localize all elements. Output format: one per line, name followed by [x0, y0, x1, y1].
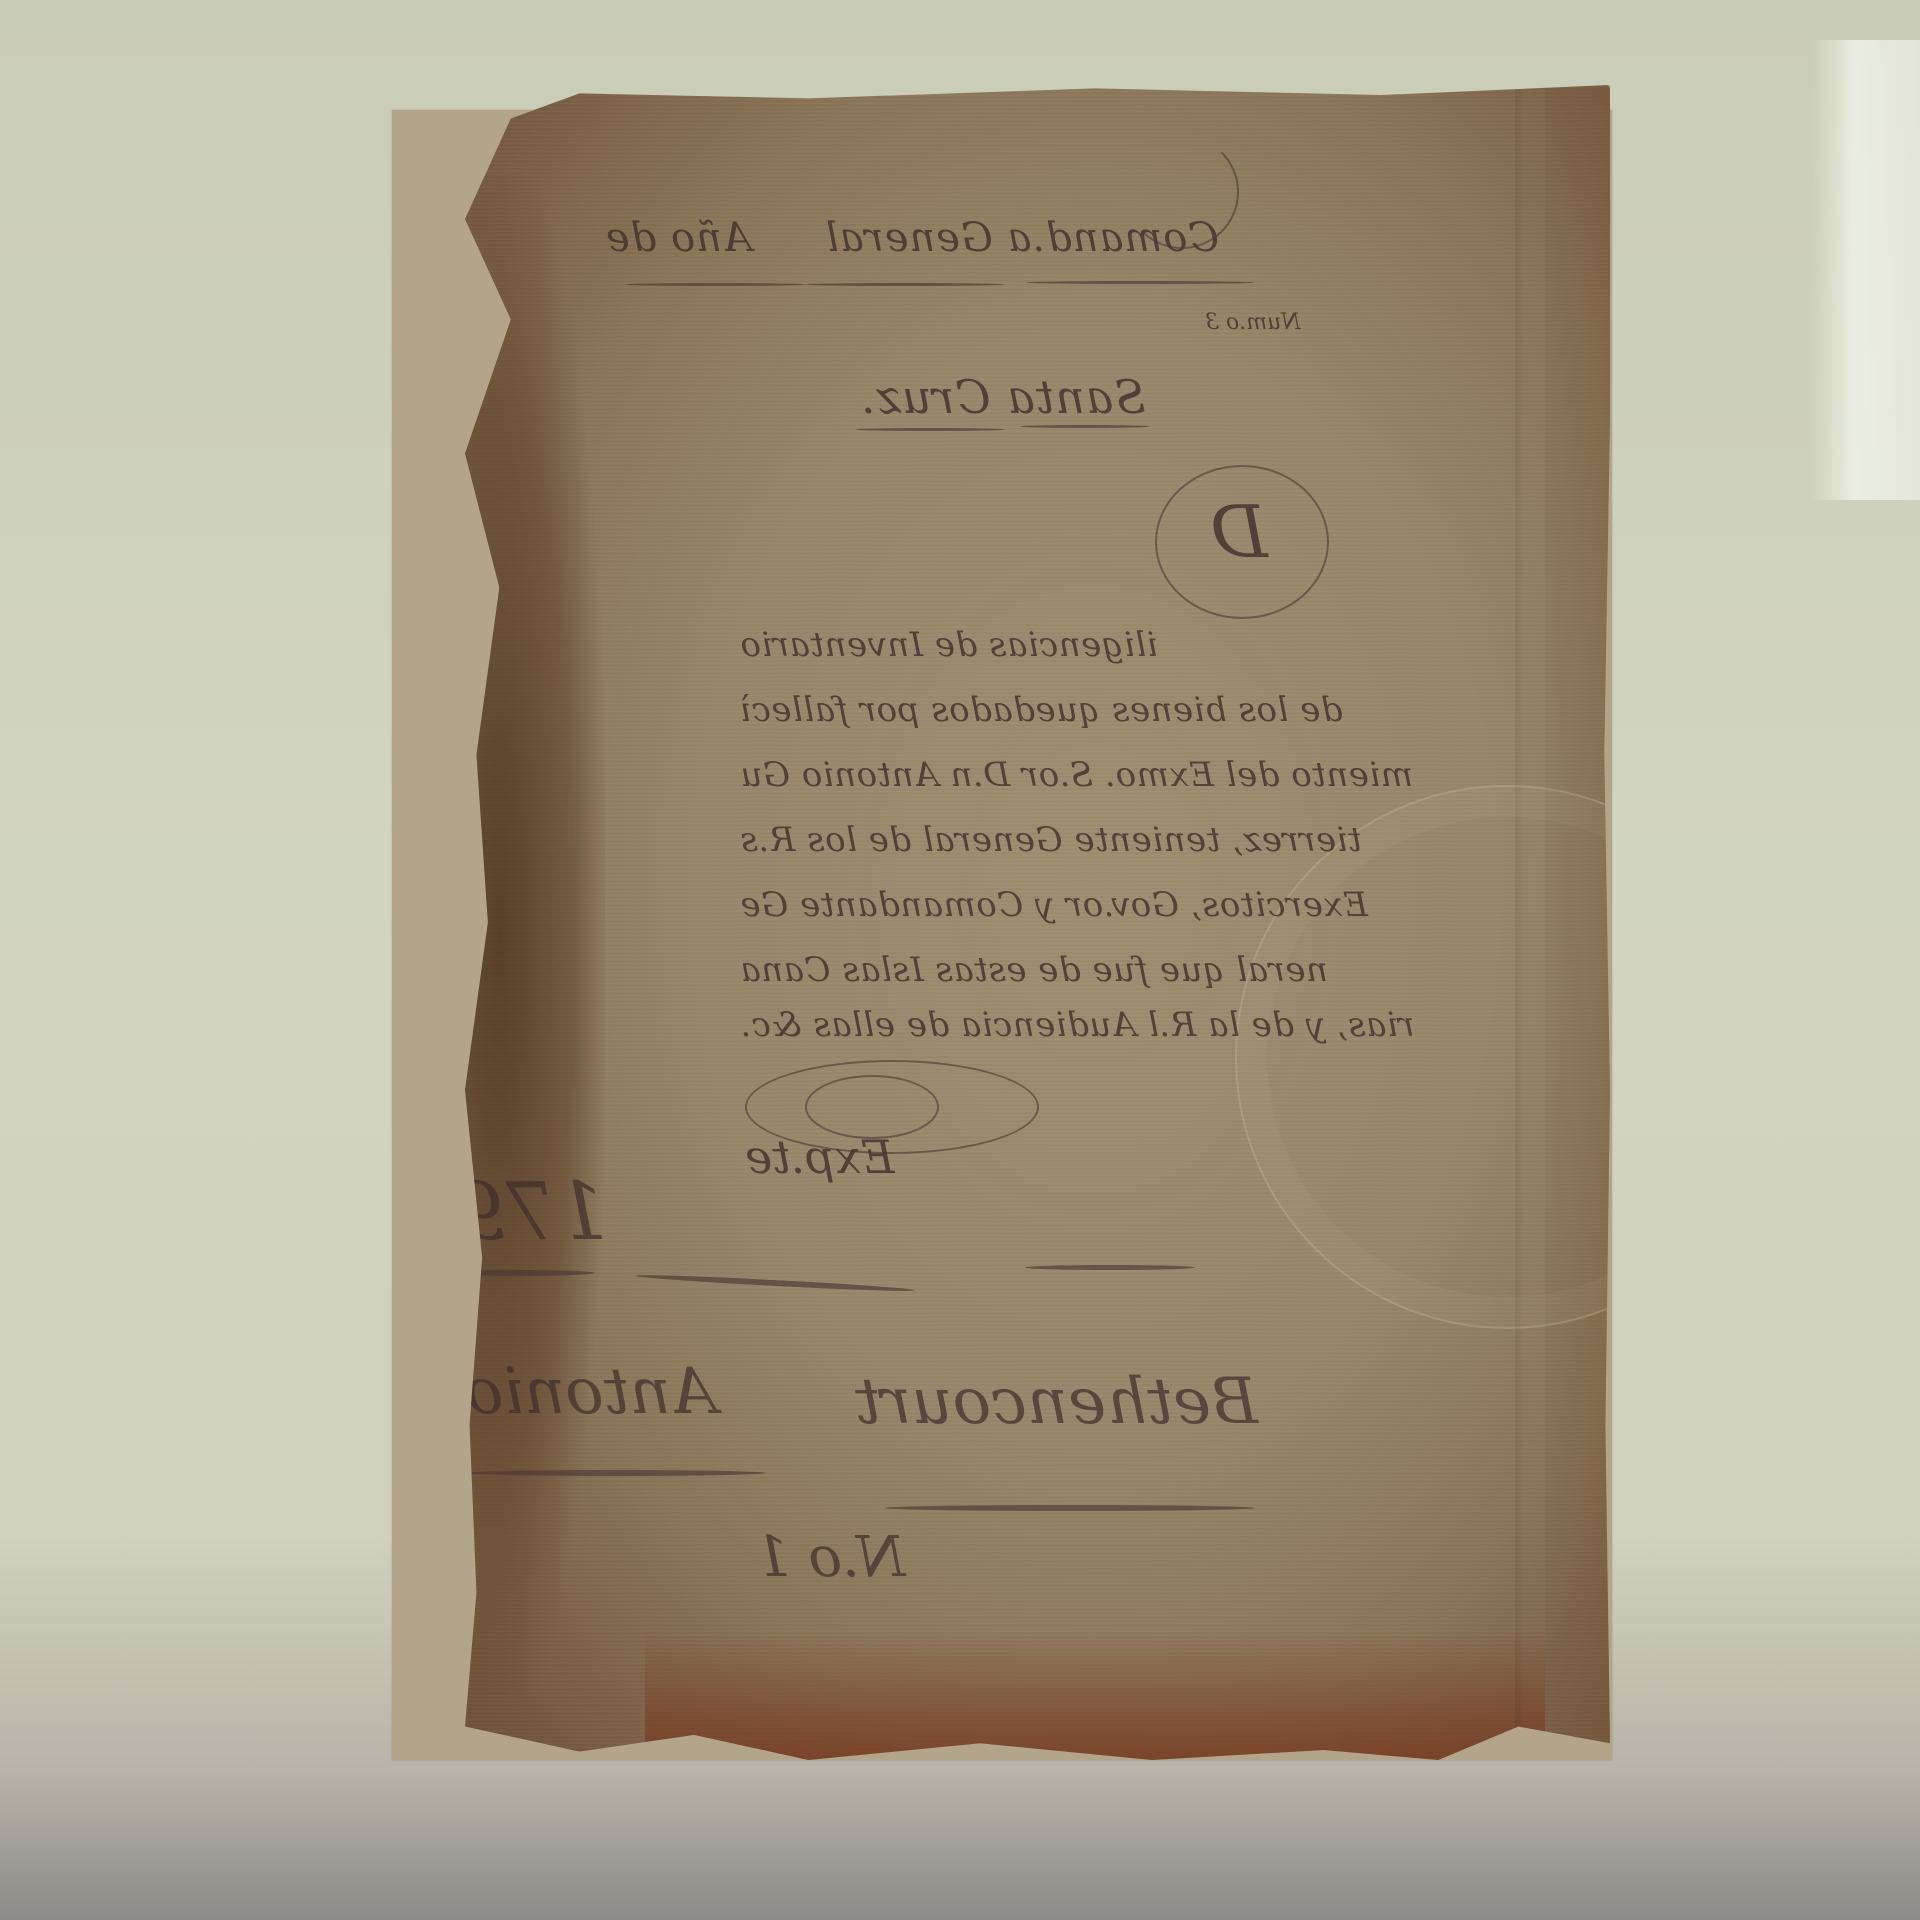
- body-line-1: iligencias de Inventario: [740, 625, 1158, 665]
- margin-number-note: Num.o 3: [1205, 310, 1301, 335]
- place-underline-b: [1020, 425, 1150, 428]
- body-line-5: Exercitos, Gov.or y Comandante Ge: [740, 885, 1368, 925]
- header-year-label: Año de: [605, 215, 752, 261]
- initial-letter: D: [1210, 490, 1268, 574]
- place-title: Santa Cruz.: [860, 370, 1146, 424]
- document-number: N.o 1: [755, 1525, 905, 1590]
- body-line-3: miento del Exmo. S.or D.n Antonio Gu: [740, 755, 1413, 795]
- body-line-4: tierrez, teniente General de los R.s: [740, 820, 1362, 860]
- header-underline-a: [805, 283, 1005, 286]
- body-line-2: de los bienes quedados por fallecì: [740, 690, 1343, 730]
- header-flourish-icon: [1125, 135, 1239, 249]
- signature-right: Bethencourt: [855, 1365, 1258, 1439]
- water-stain-bottom: [645, 1630, 1545, 1760]
- signature-left-underline: [465, 1470, 765, 1476]
- watermark-seal: [1235, 785, 1779, 1329]
- header-underline-b: [1025, 281, 1255, 284]
- right-dash: [1025, 1265, 1195, 1270]
- manuscript-page: Año de Comand.a General Num.o 3 Santa Cr…: [465, 85, 1610, 1760]
- body-line-7: rias, y de la R.l Audiencia de ellas &c.: [740, 1005, 1415, 1045]
- signature-left: Antonio: [465, 1355, 717, 1429]
- body-line-6: neral que fue de estas Islas Cana: [740, 950, 1328, 990]
- lightbox-glare: [1810, 40, 1920, 500]
- signature-right-underline: [885, 1505, 1255, 1511]
- signature-dash: [635, 1273, 915, 1294]
- header-left-underline: [625, 283, 805, 286]
- folio-mark: Exp.te: [745, 1130, 894, 1184]
- place-underline-a: [855, 428, 1005, 431]
